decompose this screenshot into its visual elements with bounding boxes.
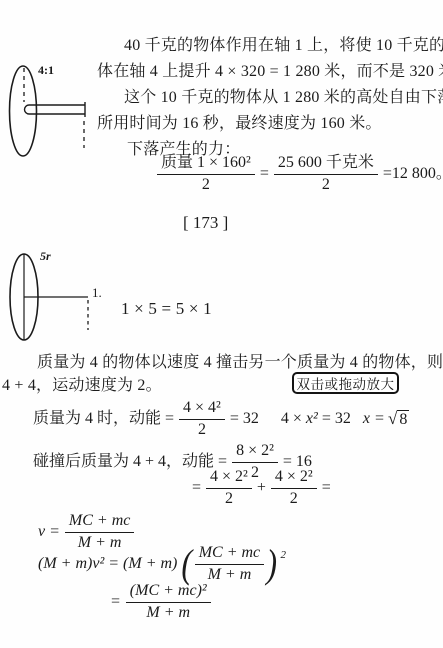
paragraph1-line4: 所用时间为 16 秒，最终速度为 160 米。	[97, 114, 382, 133]
ke3-fraction-2-numerator: 4 × 2²	[271, 468, 317, 489]
figure1-ratio-label: 4:1	[38, 63, 54, 77]
ke1-radicand: 8	[397, 410, 409, 429]
ke3-fraction-2-denominator: 2	[290, 489, 298, 508]
ke1-prefix: 质量为 4 时，动能 =	[33, 410, 174, 428]
ke1-result: = 32	[230, 410, 259, 428]
momentum-numerator: MC + mc	[195, 544, 264, 565]
paragraph1-line1: 40 千克的物体作用在轴 1 上，将使 10 千克的物	[124, 36, 443, 55]
page-number: [ 173 ]	[183, 213, 228, 233]
wheel-ellipse	[10, 66, 37, 156]
final-denominator: M + m	[146, 603, 190, 622]
figure-wheel-axle-5r: 5r 1.	[0, 243, 120, 345]
lever-equation: 1 × 5 = 5 × 1	[121, 299, 212, 318]
force-fraction-2-numerator: 25 600 千克米	[274, 154, 378, 175]
force-fraction-1-denominator: 2	[202, 175, 210, 194]
open-parenthesis: (	[182, 547, 193, 581]
force-result: 12 800。	[392, 165, 443, 183]
momentum-lhs: (M + m)v² = (M + m)	[38, 555, 177, 573]
velocity-numerator: MC + mc	[65, 512, 134, 533]
momentum-fraction: MC + mc M + m	[195, 544, 264, 584]
paragraph1-line2: 体在轴 4 上提升 4 × 320 = 1 280 米，而不是 320 米。	[97, 62, 443, 81]
ke3-fraction-1: 4 × 2² 2	[206, 468, 252, 508]
ke1-numerator: 4 × 4²	[179, 399, 225, 420]
ke1-side-term2: = 32	[322, 410, 351, 428]
final-fraction: (MC + mc)² M + m	[126, 582, 211, 622]
force-equals-2: =	[383, 165, 392, 183]
ke1-fraction: 4 × 4² 2	[179, 399, 225, 439]
velocity-lhs: v =	[38, 523, 60, 541]
ke3-plus: +	[257, 479, 266, 497]
ke3-fraction-1-numerator: 4 × 2²	[206, 468, 252, 489]
figure2-radius-label: 5r	[40, 249, 51, 263]
paragraph2-line1: 质量为 4 的物体以速度 4 撞击另一个质量为 4 的物体，则质量为	[37, 353, 443, 372]
figure2-point-label: 1.	[92, 285, 102, 300]
figure-wheel-axle-4-1: 4:1	[0, 58, 110, 163]
force-fraction-2: 25 600 千克米 2	[274, 154, 378, 194]
close-parenthesis: )	[266, 547, 277, 581]
radical-sign: √	[388, 410, 397, 428]
ke3-equals-1: =	[192, 479, 201, 497]
paragraph1-line3: 这个 10 千克的物体从 1 280 米的高处自由下落，	[124, 88, 443, 107]
force-fraction-2-denominator: 2	[322, 175, 330, 194]
ke1-x-equals: =	[375, 410, 384, 428]
momentum-energy-formula: (M + m)v² = (M + m) ( MC + mc M + m ) 2	[38, 544, 286, 584]
force-formula: 质量 1 × 160² 2 = 25 600 千克米 2 = 12 800。	[152, 154, 443, 194]
paragraph2-line2: 4 + 4，运动速度为 2。	[2, 376, 162, 395]
kinetic-energy-line3: = 4 × 2² 2 + 4 × 2² 2 =	[192, 468, 331, 508]
force-fraction-1-numerator: 质量 1 × 160²	[157, 154, 255, 175]
ke3-fraction-1-denominator: 2	[225, 489, 233, 508]
zoom-hint-button[interactable]: 双击或拖动放大	[292, 372, 399, 394]
force-fraction-1: 质量 1 × 160² 2	[157, 154, 255, 194]
ke3-fraction-2: 4 × 2² 2	[271, 468, 317, 508]
ke1-square-root: √ 8	[388, 410, 409, 429]
axle-rod	[25, 105, 86, 114]
final-numerator: (MC + mc)²	[126, 582, 211, 603]
ke1-side-x-squared: x²	[306, 410, 318, 428]
ke1-x-variable: x	[363, 410, 370, 428]
final-equals: =	[110, 593, 121, 611]
ke1-side-term1: 4 ×	[281, 410, 302, 428]
ke1-denominator: 2	[198, 420, 206, 439]
squared-exponent: 2	[280, 546, 286, 564]
ke3-equals-2: =	[322, 479, 331, 497]
force-equals-1: =	[260, 165, 269, 183]
kinetic-energy-line1: 质量为 4 时，动能 = 4 × 4² 2 = 32 4 × x² = 32 x…	[33, 399, 409, 439]
final-formula: = (MC + mc)² M + m	[110, 582, 216, 622]
ke2-numerator: 8 × 2²	[232, 442, 278, 463]
document-page: 4:1 5r 1. 40 千克的物体作用在轴 1 上，将使 10 千克的物 体在…	[0, 0, 443, 648]
